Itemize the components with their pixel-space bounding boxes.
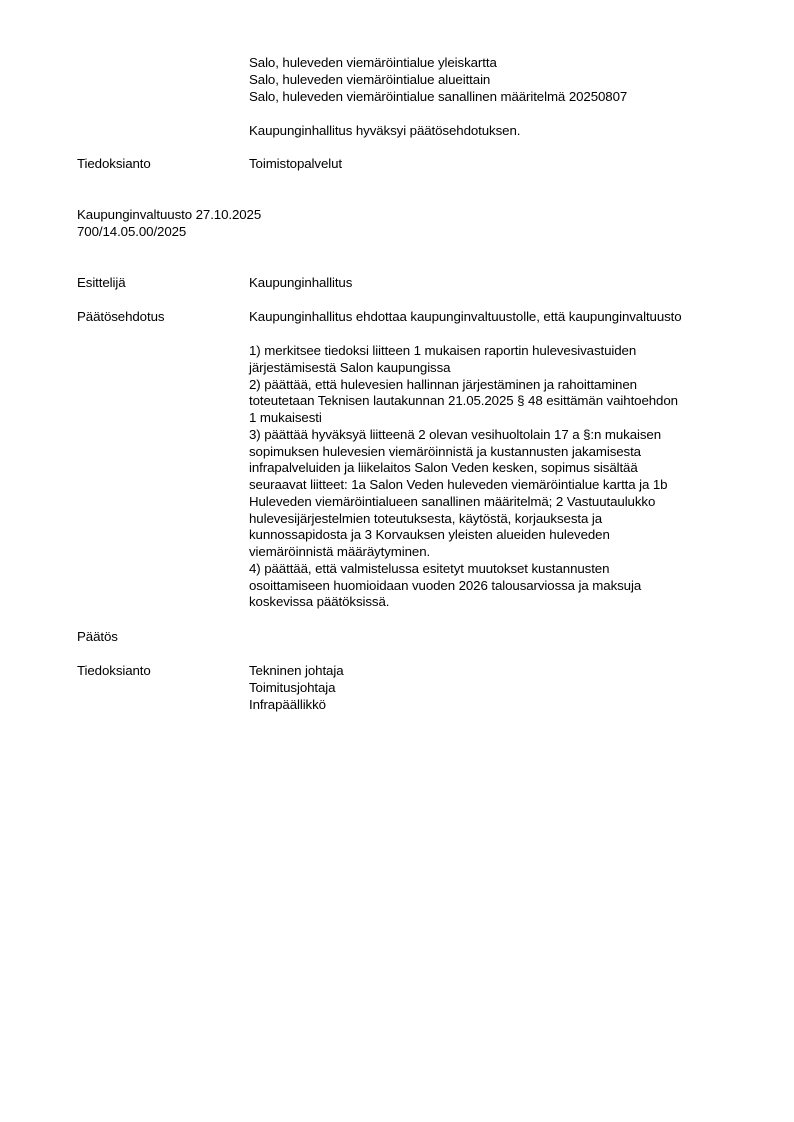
presenter-value: Kaupunginhallitus [249, 275, 352, 292]
proposal-line: infrapalveluiden ja liikelaitos Salon Ve… [249, 460, 638, 477]
record-id: 700/14.05.00/2025 [77, 224, 186, 241]
proposal-line: 2) päättää, että hulevesien hallinnan jä… [249, 377, 637, 394]
notification-recipient: Toimitusjohtaja [249, 680, 335, 697]
proposal-line: sopimuksen hulevesien viemäröinnistä ja … [249, 444, 641, 461]
proposal-line: osoittamiseen huomioidaan vuoden 2026 ta… [249, 578, 641, 595]
proposal-line: seuraavat liitteet: 1a Salon Veden hulev… [249, 477, 667, 494]
proposal-line: 3) päättää hyväksyä liitteenä 2 olevan v… [249, 427, 661, 444]
proposal-line: kunnossapidosta ja 3 Korvauksen yleisten… [249, 527, 610, 544]
attachment-item: Salo, huleveden viemäröintialue alueitta… [249, 72, 490, 89]
proposal-line: viemäröinnistä määräytyminen. [249, 544, 430, 561]
previous-decision: Kaupunginhallitus hyväksyi päätösehdotuk… [249, 123, 520, 140]
notification-label: Tiedoksianto [77, 663, 151, 680]
notification-recipient: Tekninen johtaja [249, 663, 344, 680]
proposal-line: koskevissa päätöksissä. [249, 594, 389, 611]
proposal-line: hulevesijärjestelmien toteutuksesta, käy… [249, 511, 602, 528]
notification-recipient: Infrapäällikkö [249, 697, 326, 714]
attachment-item: Salo, huleveden viemäröintialue sanallin… [249, 89, 627, 106]
meeting-heading: Kaupunginvaltuusto 27.10.2025 [77, 207, 261, 224]
proposal-intro: Kaupunginhallitus ehdottaa kaupunginvalt… [249, 309, 682, 326]
decision-label: Päätös [77, 629, 118, 646]
proposal-line: järjestämisestä Salon kaupungissa [249, 360, 450, 377]
proposal-line: Huleveden viemäröintialueen sanallinen m… [249, 494, 655, 511]
previous-notification-value: Toimistopalvelut [249, 156, 342, 173]
attachment-item: Salo, huleveden viemäröintialue yleiskar… [249, 55, 497, 72]
presenter-label: Esittelijä [77, 275, 126, 292]
proposal-line: 1 mukaisesti [249, 410, 322, 427]
proposal-line: 1) merkitsee tiedoksi liitteen 1 mukaise… [249, 343, 636, 360]
proposal-line: toteutetaan Teknisen lautakunnan 21.05.2… [249, 393, 678, 410]
previous-notification-label: Tiedoksianto [77, 156, 151, 173]
proposal-line: 4) päättää, että valmistelussa esitetyt … [249, 561, 609, 578]
proposal-label: Päätösehdotus [77, 309, 164, 326]
